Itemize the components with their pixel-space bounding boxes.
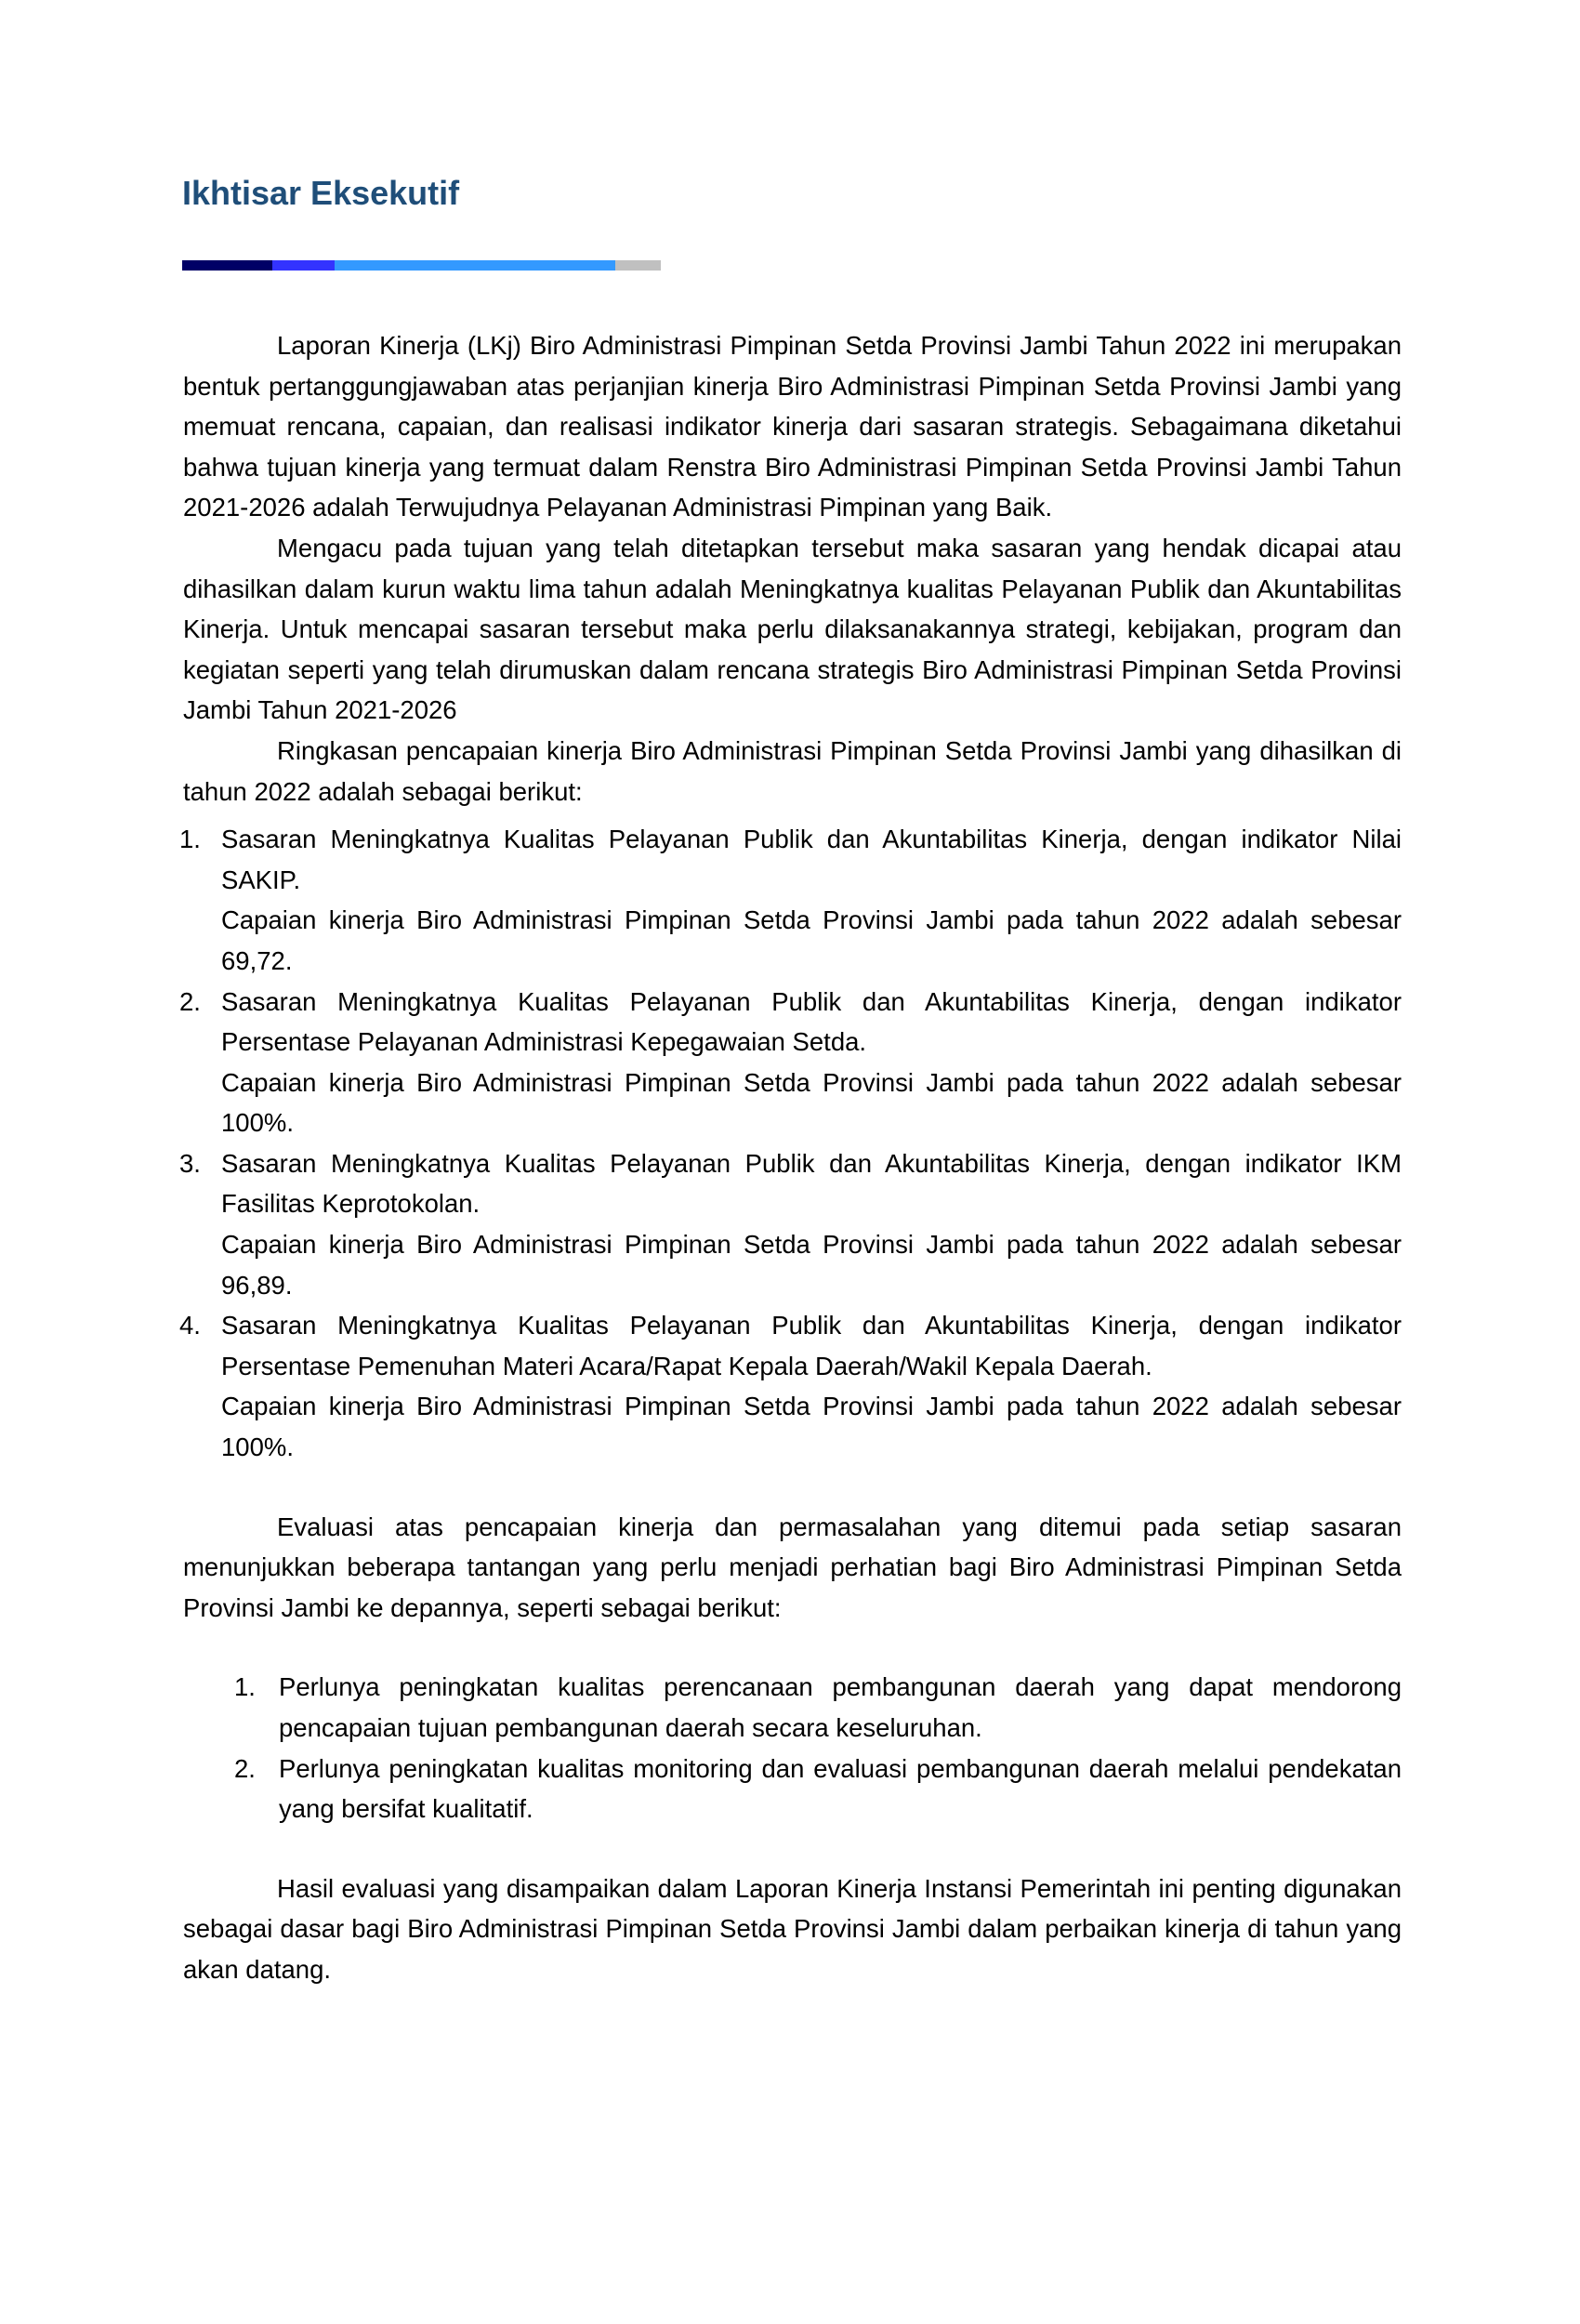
achievement-result: Capaian kinerja Biro Administrasi Pimpin…: [221, 1386, 1402, 1467]
challenge-text: Perlunya peningkatan kualitas monitoring…: [279, 1754, 1402, 1824]
rule-segment-light-blue: [335, 260, 615, 271]
paragraph-intro: Laporan Kinerja (LKj) Biro Administrasi …: [183, 325, 1402, 528]
challenge-list: 1. Perlunya peningkatan kualitas perenca…: [183, 1667, 1402, 1829]
list-number: 1.: [234, 1667, 256, 1708]
paragraph-goal: Mengacu pada tujuan yang telah ditetapka…: [183, 528, 1402, 731]
achievement-item: 4. Sasaran Meningkatnya Kualitas Pelayan…: [183, 1305, 1402, 1467]
heading-color-rule: [182, 260, 661, 271]
list-number: 3.: [179, 1143, 201, 1184]
document-body: Laporan Kinerja (LKj) Biro Administrasi …: [183, 325, 1402, 1990]
spacer: [183, 1829, 1402, 1868]
challenge-item: 2. Perlunya peningkatan kualitas monitor…: [183, 1749, 1402, 1829]
paragraph-summary-intro: Ringkasan pencapaian kinerja Biro Admini…: [183, 731, 1402, 812]
spacer: [183, 1628, 1402, 1667]
achievement-target: Sasaran Meningkatnya Kualitas Pelayanan …: [221, 982, 1402, 1063]
rule-segment-navy: [182, 260, 272, 271]
achievement-item: 1. Sasaran Meningkatnya Kualitas Pelayan…: [183, 819, 1402, 981]
challenge-text: Perlunya peningkatan kualitas perencanaa…: [279, 1672, 1402, 1742]
rule-segment-blue: [272, 260, 335, 271]
page-title: Ikhtisar Eksekutif: [182, 173, 459, 214]
list-number: 2.: [179, 982, 201, 1023]
list-number: 4.: [179, 1305, 201, 1346]
spacer: [183, 1468, 1402, 1507]
rule-segment-gray: [615, 260, 661, 271]
achievement-result: Capaian kinerja Biro Administrasi Pimpin…: [221, 1063, 1402, 1143]
achievement-result: Capaian kinerja Biro Administrasi Pimpin…: [221, 900, 1402, 981]
achievement-item: 2. Sasaran Meningkatnya Kualitas Pelayan…: [183, 982, 1402, 1143]
challenge-item: 1. Perlunya peningkatan kualitas perenca…: [183, 1667, 1402, 1748]
list-number: 1.: [179, 819, 201, 860]
document-page: Ikhtisar Eksekutif Laporan Kinerja (LKj)…: [0, 0, 1580, 2324]
achievement-target: Sasaran Meningkatnya Kualitas Pelayanan …: [221, 1143, 1402, 1224]
list-number: 2.: [234, 1749, 256, 1789]
achievement-target: Sasaran Meningkatnya Kualitas Pelayanan …: [221, 1305, 1402, 1386]
achievement-list: 1. Sasaran Meningkatnya Kualitas Pelayan…: [183, 819, 1402, 1468]
achievement-result: Capaian kinerja Biro Administrasi Pimpin…: [221, 1224, 1402, 1305]
achievement-item: 3. Sasaran Meningkatnya Kualitas Pelayan…: [183, 1143, 1402, 1305]
paragraph-evaluation-intro: Evaluasi atas pencapaian kinerja dan per…: [183, 1507, 1402, 1629]
paragraph-closing: Hasil evaluasi yang disampaikan dalam La…: [183, 1868, 1402, 1990]
achievement-target: Sasaran Meningkatnya Kualitas Pelayanan …: [221, 819, 1402, 900]
